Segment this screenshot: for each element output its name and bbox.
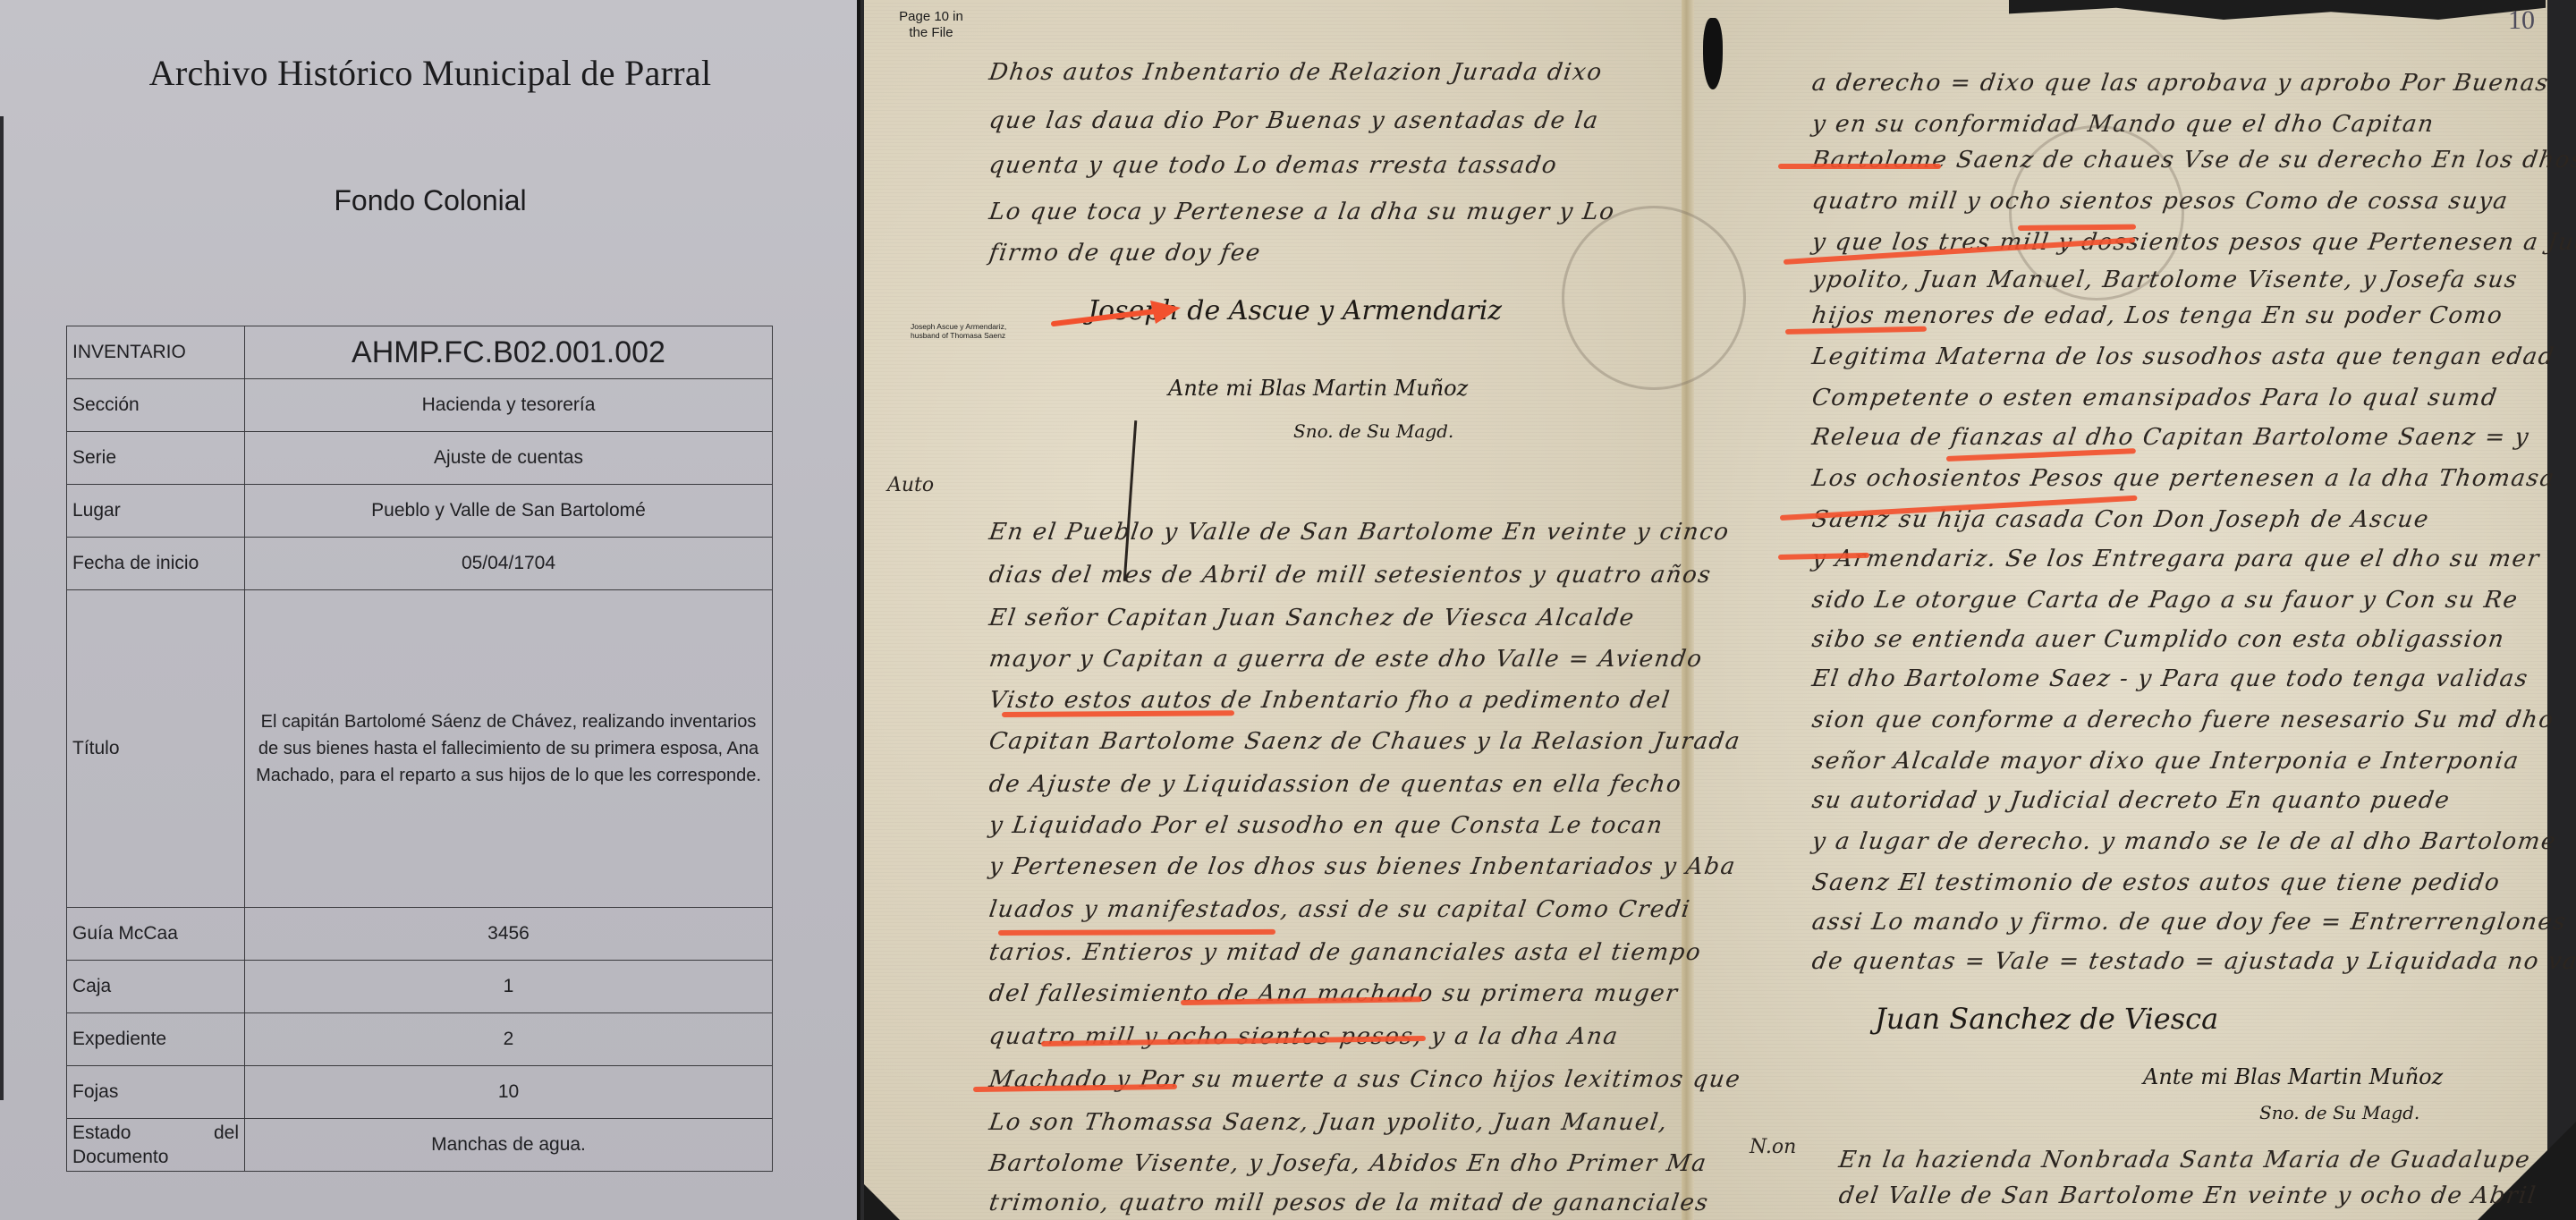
field-value: Pueblo y Valle de San Bartolomé (245, 485, 773, 538)
manuscript-line: y Armendariz. Se los Entregara para que … (1810, 546, 2542, 572)
field-label: Fojas (67, 1066, 245, 1119)
ink-blot (1703, 18, 1723, 89)
field-label: Título (67, 590, 245, 908)
margin-note-auto: Auto (887, 474, 934, 496)
manuscript-spread: Page 10 in the File Joseph Ascue y Armen… (864, 0, 2576, 1220)
page-corner (864, 1184, 900, 1220)
collection-title: Fondo Colonial (0, 184, 860, 217)
signature-notary-title: Sno. de Su Magd. (1293, 420, 1453, 442)
manuscript-line: mayor y Capitan a guerra de este dho Val… (987, 646, 1705, 673)
manuscript-line: hijos menores de edad, Los tenga En su p… (1810, 302, 2505, 329)
field-label: INVENTARIO (67, 326, 245, 379)
field-label: Lugar (67, 485, 245, 538)
field-label: Expediente (67, 1013, 245, 1066)
metadata-row-serie: Serie Ajuste de cuentas (67, 432, 773, 485)
manuscript-line: y Liquidado Por el susodho en que Consta… (987, 812, 1665, 839)
metadata-row-fecha: Fecha de inicio 05/04/1704 (67, 538, 773, 590)
metadata-row-expediente: Expediente 2 (67, 1013, 773, 1066)
field-value: Hacienda y tesorería (245, 379, 773, 432)
manuscript-line: a derecho = dixo que las aprobava y apro… (1810, 70, 2551, 97)
field-value: AHMP.FC.B02.001.002 (245, 326, 773, 379)
signature-annotation: Joseph Ascue y Armendariz, husband of Th… (911, 322, 1027, 340)
metadata-row-lugar: Lugar Pueblo y Valle de San Bartolomé (67, 485, 773, 538)
field-value: Ajuste de cuentas (245, 432, 773, 485)
manuscript-line: y en su conformidad Mando que el dho Cap… (1810, 111, 2436, 138)
manuscript-line: trimonio, quatro mill pesos de la mitad … (987, 1190, 1711, 1216)
highlight-underline (998, 929, 1275, 936)
field-value: 05/04/1704 (245, 538, 773, 590)
manuscript-line: señor Alcalde mayor dixo que Interponia … (1810, 748, 2521, 775)
field-label: Guía McCaa (67, 908, 245, 961)
manuscript-line: Competente o esten emansipados Para lo q… (1810, 385, 2500, 411)
field-label: Fecha de inicio (67, 538, 245, 590)
manuscript-line: Lo son Thomassa Saenz, Juan ypolito, Jua… (987, 1109, 1670, 1136)
field-value: 2 (245, 1013, 773, 1066)
signature-notary: Ante mi Blas Martin Muñoz (1168, 376, 1468, 401)
manuscript-line: Dhos autos Inbentario de Relazion Jurada… (987, 59, 1605, 86)
manuscript-line: Saenz El testimonio de estos autos que t… (1810, 869, 2503, 896)
manuscript-line: quatro mill y ocho sientos pesos Como de… (1810, 188, 2511, 215)
metadata-row-titulo: Título El capitán Bartolomé Sáenz de Chá… (67, 590, 773, 908)
manuscript-line: Los ochosientos Pesos que pertenesen a l… (1810, 465, 2557, 492)
field-label: Sección (67, 379, 245, 432)
metadata-row-caja: Caja 1 (67, 961, 773, 1013)
field-value: El capitán Bartolomé Sáenz de Chávez, re… (245, 590, 773, 908)
metadata-row-inventario: INVENTARIO AHMP.FC.B02.001.002 (67, 326, 773, 379)
manuscript-line: En el Pueblo y Valle de San Bartolome En… (987, 519, 1732, 546)
manuscript-line: Legitima Materna de los susodhos asta qu… (1810, 343, 2556, 370)
cover-sheet: Archivo Histórico Municipal de Parral Fo… (0, 0, 860, 1220)
signature-notary-title: Sno. de Su Magd. (2259, 1102, 2419, 1123)
cover-edge-shadow (0, 116, 4, 1100)
manuscript-line: del Valle de San Bartolome En veinte y o… (1837, 1182, 2538, 1209)
manuscript-line: sido Le otorgue Carta de Pago a su fauor… (1810, 587, 2521, 614)
folio-number: 10 (2508, 5, 2535, 36)
manuscript-line: El dho Bartolome Saez - y Para que todo … (1810, 665, 2530, 692)
manuscript-line: que las daua dio Por Buenas y asentadas … (987, 107, 1601, 134)
field-value: Manchas de agua. (245, 1119, 773, 1172)
manuscript-line: Bartolome Visente, y Josefa, Abidos En d… (987, 1150, 1709, 1177)
manuscript-line: Visto estos autos de Inbentario fho a pe… (987, 687, 1673, 714)
manuscript-line: Capitan Bartolome Saenz de Chaues y la R… (987, 728, 1742, 755)
field-label: Serie (67, 432, 245, 485)
manuscript-line: de Ajuste de y Liquidassion de quentas e… (987, 771, 1684, 798)
field-label: Estado del Documento (67, 1119, 245, 1172)
field-label: Caja (67, 961, 245, 1013)
archive-stamp (1562, 206, 1746, 390)
manuscript-line: su autoridad y Judicial decreto En quant… (1810, 787, 2453, 814)
margin-note: N.on (1750, 1136, 1796, 1158)
manuscript-line: y a lugar de derecho. y mando se le de a… (1810, 828, 2558, 855)
manuscript-line: quenta y que todo Lo demas rresta tassad… (987, 152, 1559, 179)
manuscript-line: Lo que toca y Pertenese a la dha su muge… (987, 199, 1617, 225)
page-gutter (1682, 0, 1694, 1220)
signature-notary: Ante mi Blas Martin Muñoz (2143, 1064, 2443, 1089)
red-arrow-icon (1050, 297, 1184, 333)
manuscript-line: sion que conforme a derecho fuere nesesa… (1810, 707, 2556, 733)
manuscript-line: El señor Capitan Juan Sanchez de Viesca … (987, 605, 1637, 631)
signature-alcalde: Juan Sanchez de Viesca (1875, 1002, 2218, 1036)
archive-title: Archivo Histórico Municipal de Parral (0, 52, 860, 94)
metadata-table: INVENTARIO AHMP.FC.B02.001.002 Sección H… (66, 326, 773, 1172)
manuscript-line: firmo de que doy fee (987, 240, 1263, 267)
metadata-row-guia: Guía McCaa 3456 (67, 908, 773, 961)
manuscript-line: sibo se entienda auer Cumplido con esta … (1810, 626, 2507, 653)
metadata-row-fojas: Fojas 10 (67, 1066, 773, 1119)
manuscript-line: assi Lo mando y firmo. de que doy fee = … (1810, 909, 2569, 936)
field-value: 10 (245, 1066, 773, 1119)
field-value: 1 (245, 961, 773, 1013)
highlight-underline (1778, 164, 1941, 169)
manuscript-line: dias del mes de Abril de mill setesiento… (987, 562, 1714, 589)
manuscript-line: tarios. Entieros y mitad de gananciales … (987, 939, 1703, 966)
manuscript-line: de quentas = Vale = testado = ajustada y… (1810, 948, 2576, 975)
metadata-row-seccion: Sección Hacienda y tesorería (67, 379, 773, 432)
manuscript-line: En la hazienda Nonbrada Santa Maria de G… (1837, 1147, 2532, 1173)
manuscript-line: Releua de fianzas al dho Capitan Bartolo… (1810, 424, 2531, 451)
manuscript-line: ypolito, Juan Manuel, Bartolome Visente,… (1810, 267, 2520, 293)
manuscript-line: y Pertenesen de los dhos sus bienes Inbe… (987, 853, 1738, 880)
page-number-note: Page 10 in the File (891, 9, 971, 41)
manuscript-line: luados y manifestados, assi de su capita… (987, 896, 1692, 923)
metadata-row-estado: Estado del Documento Manchas de agua. (67, 1119, 773, 1172)
manuscript-line: Bartolome Saenz de chaues Vse de su dere… (1810, 147, 2576, 174)
field-value: 3456 (245, 908, 773, 961)
